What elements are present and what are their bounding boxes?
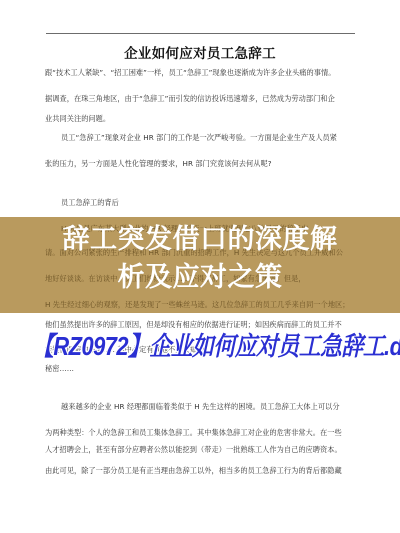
document-title: 企业如何应对员工急辞工 xyxy=(0,42,400,62)
paragraph-line: 由此可见，除了一部分员工是有正当理由急辞工以外，相当多的员工急辞工行为的背后都隐… xyxy=(45,466,357,476)
paragraph-line: 跟“技术工人紧缺”、“招工困难”一样，员工“急辞工”现象也逐渐成为许多企业头痛的… xyxy=(45,68,357,78)
paragraph-line: 人才招聘会上，甚至有部分应聘者公然以能挖到（带走）一批熟练工人作为自己的应聘资本… xyxy=(45,445,357,455)
paragraph-line: 员工“急辞工”现象对企业 HR 部门的工作是一次严峻考验。一方面是企业生产及人员… xyxy=(61,133,357,143)
paragraph-line: 张的压力，另一方面是人性化管理的要求，HR 部门究竟该何去何从呢? xyxy=(45,159,357,169)
banner-title-line-2: 析及应对之策 xyxy=(0,259,400,297)
document-filename-link[interactable]: 【RZ0972】企业如何应对员工急辞工.doc xyxy=(32,326,368,366)
paragraph-line: 为两种类型：个人的急辞工和员工集体急辞工。其中集体急辞工对企业的危害非常大。在一… xyxy=(45,428,357,438)
paragraph-line: 越来越多的企业 HR 经理都面临着类似于 H 先生这样的困境。员工急辞工大体上可… xyxy=(61,402,357,412)
paragraph-line: 据调查，在珠三角地区，由于“急辞工”而引发的信访投诉迅速增多，已然成为劳动部门和… xyxy=(45,94,357,104)
banner-title-line-1: 辞工突发借口的深度解 xyxy=(0,221,400,259)
paragraph-line: H 先生经过细心的观察，还是发现了一些蛛丝马迹。这几位急辞工的员工几乎来自同一个… xyxy=(45,300,357,310)
section-heading: 员工急辞工的背后 xyxy=(61,198,357,208)
document-page: 企业如何应对员工急辞工 跟“技术工人紧缺”、“招工困难”一样，员工“急辞工”现象… xyxy=(0,0,400,533)
banner-title: 辞工突发借口的深度解 析及应对之策 xyxy=(0,221,400,297)
header-rule xyxy=(46,33,355,34)
paragraph-line: 业共同关注的问题。 xyxy=(45,114,357,124)
